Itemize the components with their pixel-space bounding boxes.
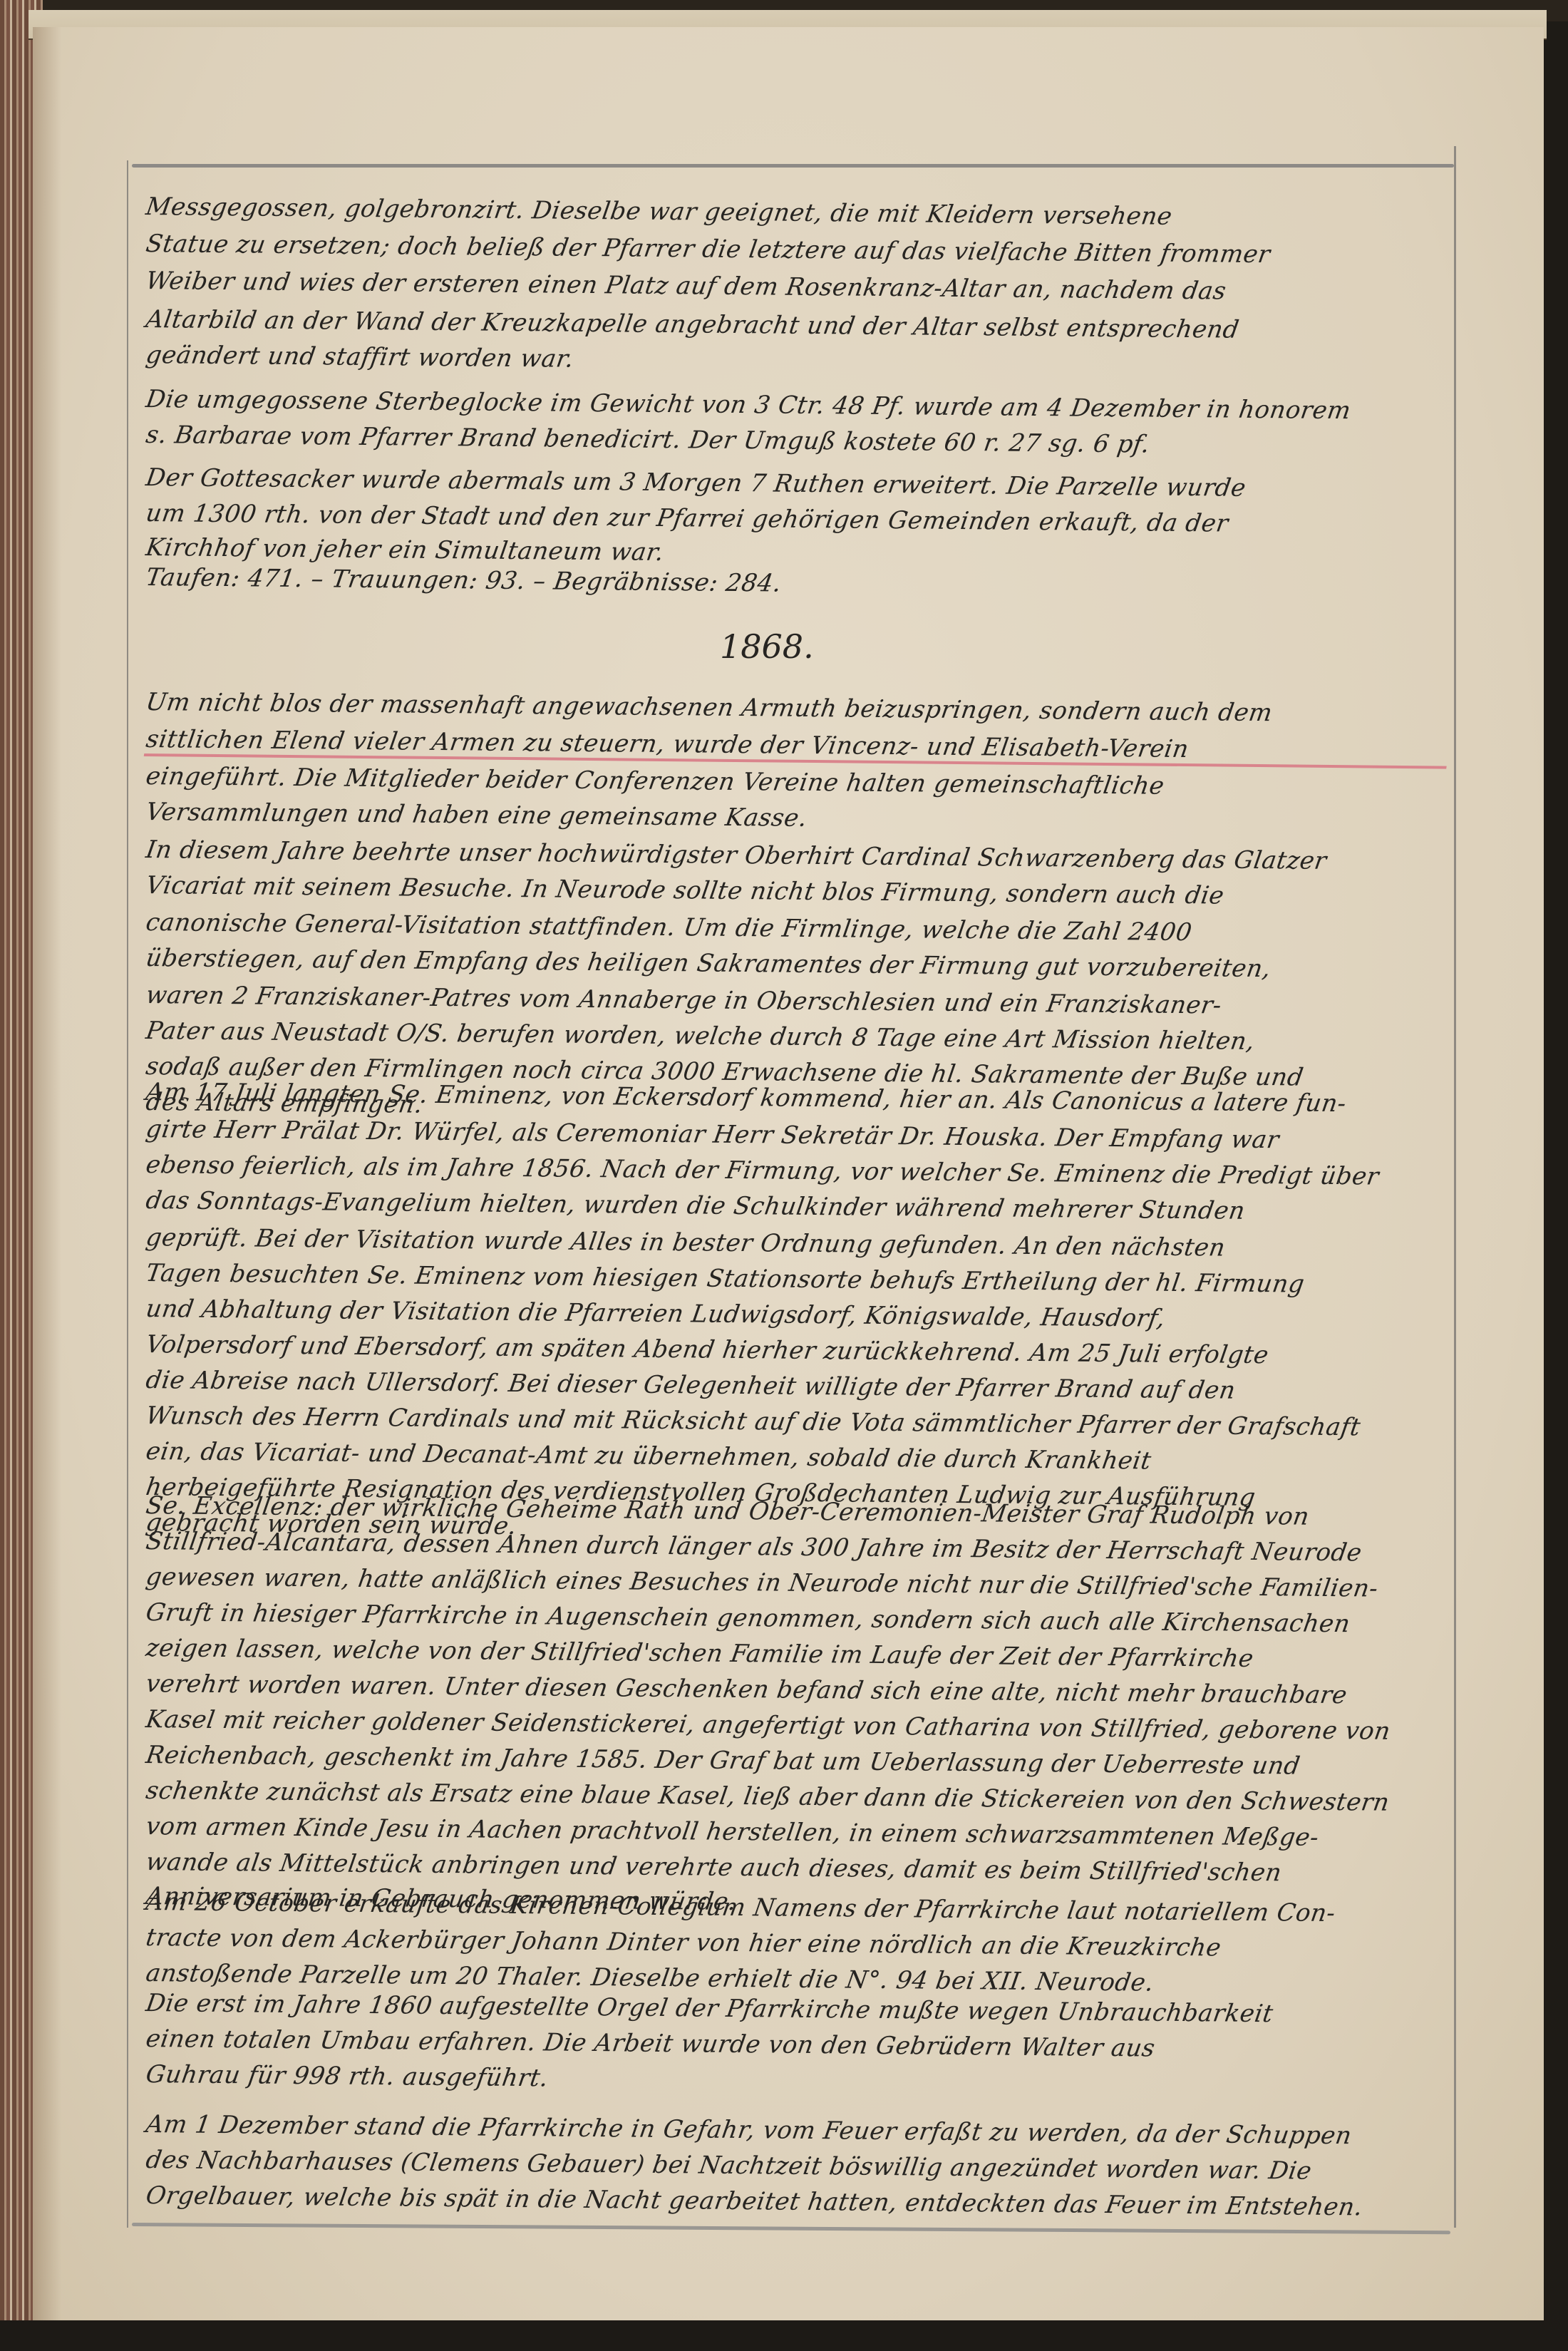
top-ruled-line <box>132 164 1454 168</box>
page-gutter-shadow <box>33 27 61 2326</box>
right-margin-line <box>1454 146 1456 2228</box>
year-heading: 1868. <box>720 627 814 666</box>
scan-background-bottom <box>0 2320 1568 2351</box>
left-margin-line <box>127 160 128 2228</box>
